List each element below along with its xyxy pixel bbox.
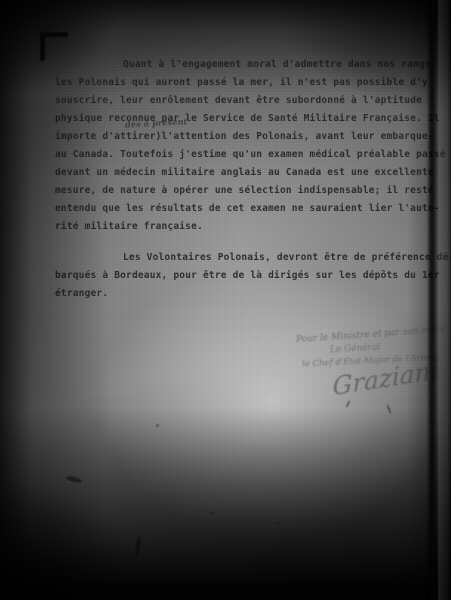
signature-block: Pour le Ministre et par son ordre Le Gén…: [0, 0, 451, 600]
paper-speck: [276, 522, 280, 524]
document-photo: Quant à l'engagement moral d'admettre da…: [0, 0, 451, 600]
paper-speck: [210, 512, 215, 514]
signature-rank-line: Le Général: [330, 343, 381, 356]
paper-speck: [156, 424, 159, 427]
